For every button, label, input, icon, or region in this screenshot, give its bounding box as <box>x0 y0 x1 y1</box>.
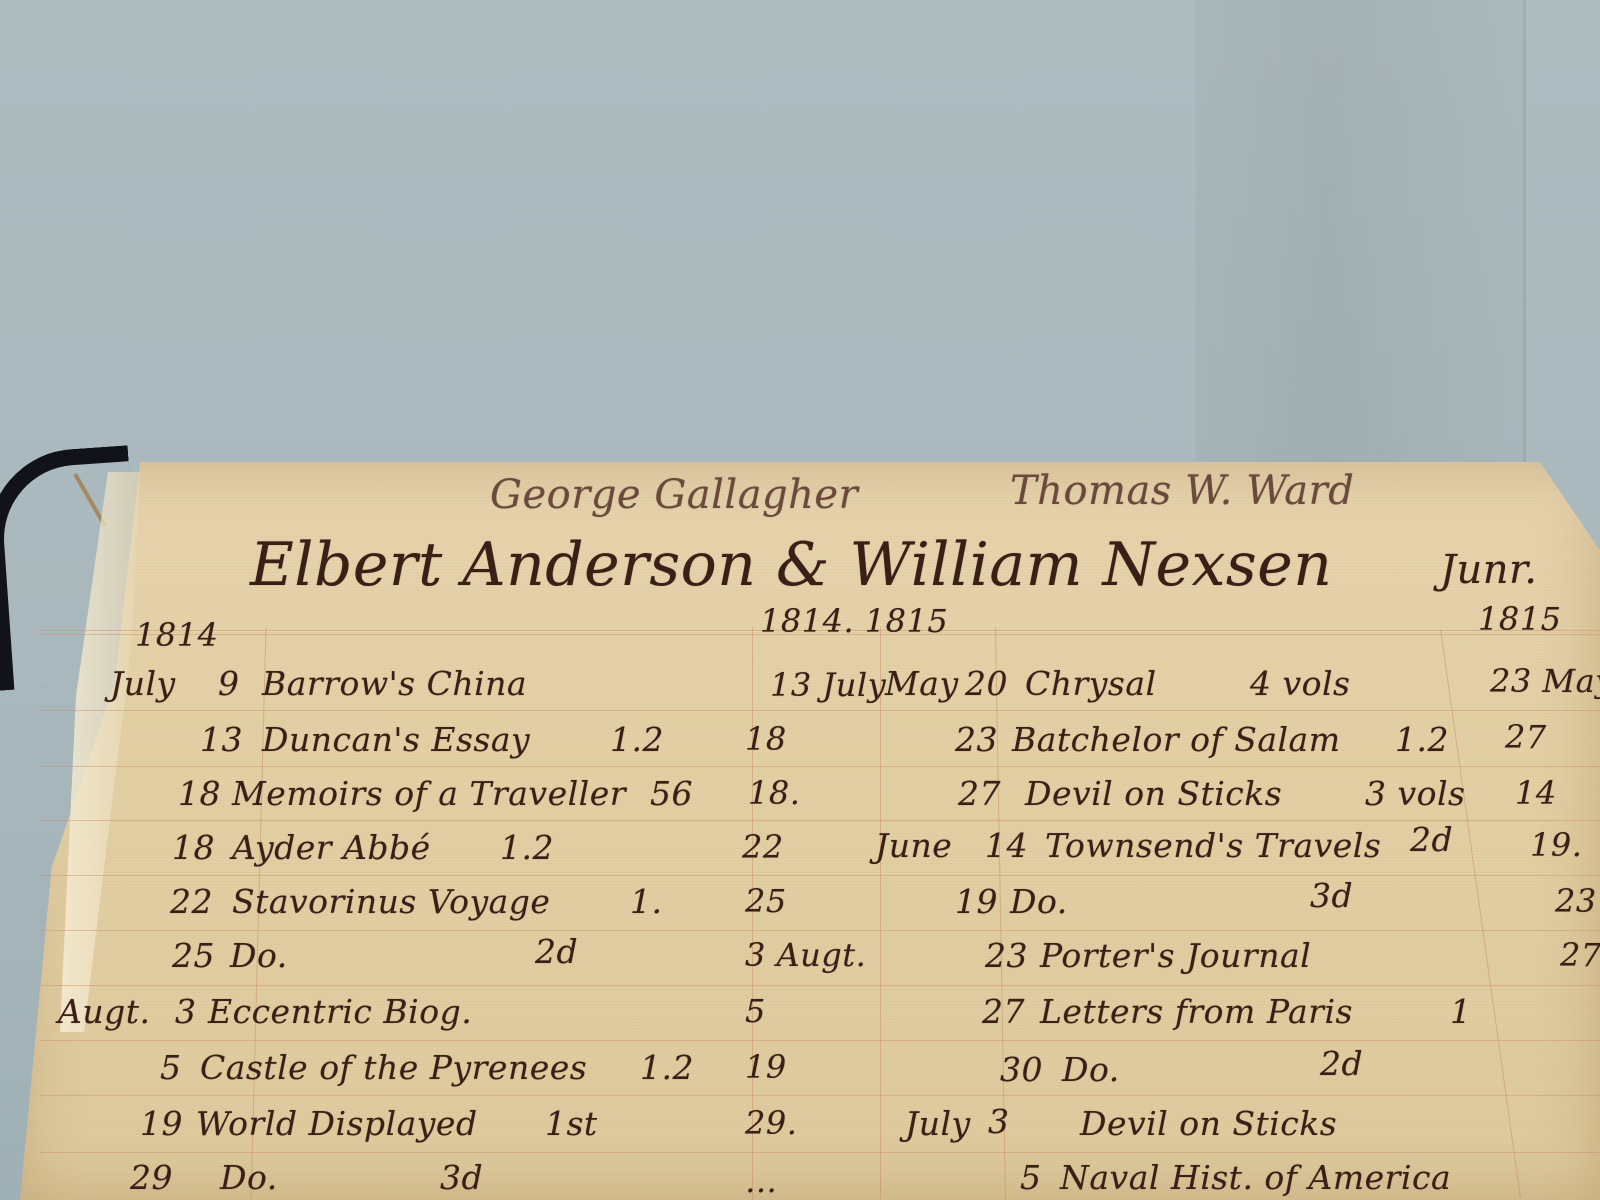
entry-volume: 1.2 <box>500 828 554 867</box>
entry-day: 30 <box>1000 1050 1043 1089</box>
entry-returned: 27 <box>1505 718 1547 756</box>
entry-day: 19 <box>140 1104 183 1143</box>
entry-title: Letters from Paris <box>1040 992 1353 1031</box>
entry-title: Memoirs of a Traveller <box>232 774 626 813</box>
entry-day: 23 <box>985 936 1028 975</box>
entry-day: 5 <box>160 1048 182 1087</box>
rule-line <box>40 1095 1600 1096</box>
entry-volume: 2d <box>1410 820 1453 859</box>
entry-title: Do. <box>230 936 288 975</box>
entry-returned: 25 <box>745 882 787 920</box>
entry-returned: 14 <box>1515 774 1557 812</box>
ledger-book: George Gallagher Thomas W. Ward Elbert A… <box>0 452 1600 1200</box>
entry-volume: 1 <box>1450 992 1472 1031</box>
entry-month: July <box>905 1104 971 1143</box>
signature-george-gallagher: George Gallagher <box>490 472 858 518</box>
entry-returned: 13 July <box>770 666 886 704</box>
entry-day: 14 <box>985 826 1028 865</box>
entry-volume: 1. <box>630 882 663 921</box>
rule-line <box>40 930 1600 931</box>
entry-day: 13 <box>200 720 243 759</box>
entry-day: 5 <box>1020 1158 1042 1197</box>
entry-title: Castle of the Pyrenees <box>200 1048 587 1087</box>
entry-title: World Displayed <box>196 1104 478 1143</box>
signature-thomas-ward: Thomas W. Ward <box>1010 468 1354 514</box>
entry-returned: 19 <box>745 1048 787 1086</box>
entry-month: Augt. <box>58 992 150 1031</box>
entry-day: 23 <box>955 720 998 759</box>
year-right: 1815 <box>1478 600 1561 638</box>
entry-returned: 18. <box>748 774 800 812</box>
entry-title: Porter's Journal <box>1040 936 1311 975</box>
entry-title: Ayder Abbé <box>232 828 431 867</box>
entry-title: Eccentric Biog. <box>208 992 472 1031</box>
entry-month: May <box>885 664 959 703</box>
column-rule <box>880 627 881 1200</box>
entry-title: Duncan's Essay <box>262 720 530 759</box>
entry-returned: 19. <box>1530 826 1582 864</box>
entry-title: Do. <box>220 1158 278 1197</box>
entry-title: Townsend's Travels <box>1045 826 1381 865</box>
entry-returned: 23 May <box>1490 662 1600 700</box>
rule-line <box>40 985 1600 986</box>
rule-line <box>40 766 1600 767</box>
entry-title: Do. <box>1062 1050 1120 1089</box>
entry-day: 27 <box>958 774 1001 813</box>
year-left: 1814 <box>135 616 218 654</box>
rule-line <box>40 1152 1600 1153</box>
entry-day: 20 <box>965 664 1008 703</box>
entry-day: 3 <box>175 992 197 1031</box>
entry-returned: 22 <box>742 828 784 866</box>
entry-day: 22 <box>170 882 213 921</box>
entry-day: 18 <box>178 774 221 813</box>
entry-day: 3 <box>988 1102 1010 1141</box>
entry-title: Devil on Sticks <box>1080 1104 1337 1143</box>
entry-returned: 27 <box>1560 936 1600 974</box>
entry-title: Batchelor of Salam <box>1012 720 1341 759</box>
entry-volume: 1.2 <box>640 1048 694 1087</box>
entry-day: 29 <box>130 1158 173 1197</box>
entry-volume: 1.2 <box>610 720 664 759</box>
entry-returned: 3 Augt. <box>745 936 866 974</box>
entry-day: 27 <box>982 992 1025 1031</box>
background-fold-edge <box>1522 0 1528 470</box>
entry-day: 9 <box>218 664 240 703</box>
rule-line <box>40 1040 1600 1041</box>
entry-returned: … <box>745 1162 778 1200</box>
entry-title: Devil on Sticks <box>1025 774 1282 813</box>
entry-returned: 29. <box>745 1104 797 1142</box>
entry-title: Naval Hist. of America <box>1060 1158 1451 1197</box>
entry-volume: 2d <box>535 932 578 971</box>
entry-volume: 4 vols <box>1250 664 1351 703</box>
entry-month: July <box>110 664 176 703</box>
entry-day: 19 <box>955 882 998 921</box>
entry-returned: 23 <box>1555 882 1597 920</box>
names-suffix: Junr. <box>1440 547 1538 593</box>
entry-title: Barrow's China <box>262 664 527 703</box>
entry-volume: 1.2 <box>1395 720 1449 759</box>
entry-volume: 1st <box>545 1104 598 1143</box>
entry-title: Stavorinus Voyage <box>232 882 550 921</box>
background-fold-shadow <box>1195 0 1525 470</box>
entry-day: 18 <box>172 828 215 867</box>
entry-volume: 3 vols <box>1365 774 1466 813</box>
entry-day: 25 <box>172 936 215 975</box>
year-middle: 1814. 1815 <box>760 602 948 640</box>
rule-line <box>40 820 1600 821</box>
entry-title: Chrysal <box>1025 664 1157 703</box>
entry-returned: 18 <box>745 720 787 758</box>
rule-line <box>40 875 1600 876</box>
entry-volume: 3d <box>440 1158 483 1197</box>
entry-volume: 56 <box>650 774 693 813</box>
entry-volume: 2d <box>1320 1044 1363 1083</box>
entry-returned: 5 <box>745 992 766 1030</box>
entry-volume: 3d <box>1310 876 1353 915</box>
rule-line <box>40 710 1600 711</box>
entry-month: June <box>875 826 952 865</box>
names-heading: Elbert Anderson & William Nexsen <box>250 530 1332 600</box>
entry-title: Do. <box>1010 882 1068 921</box>
